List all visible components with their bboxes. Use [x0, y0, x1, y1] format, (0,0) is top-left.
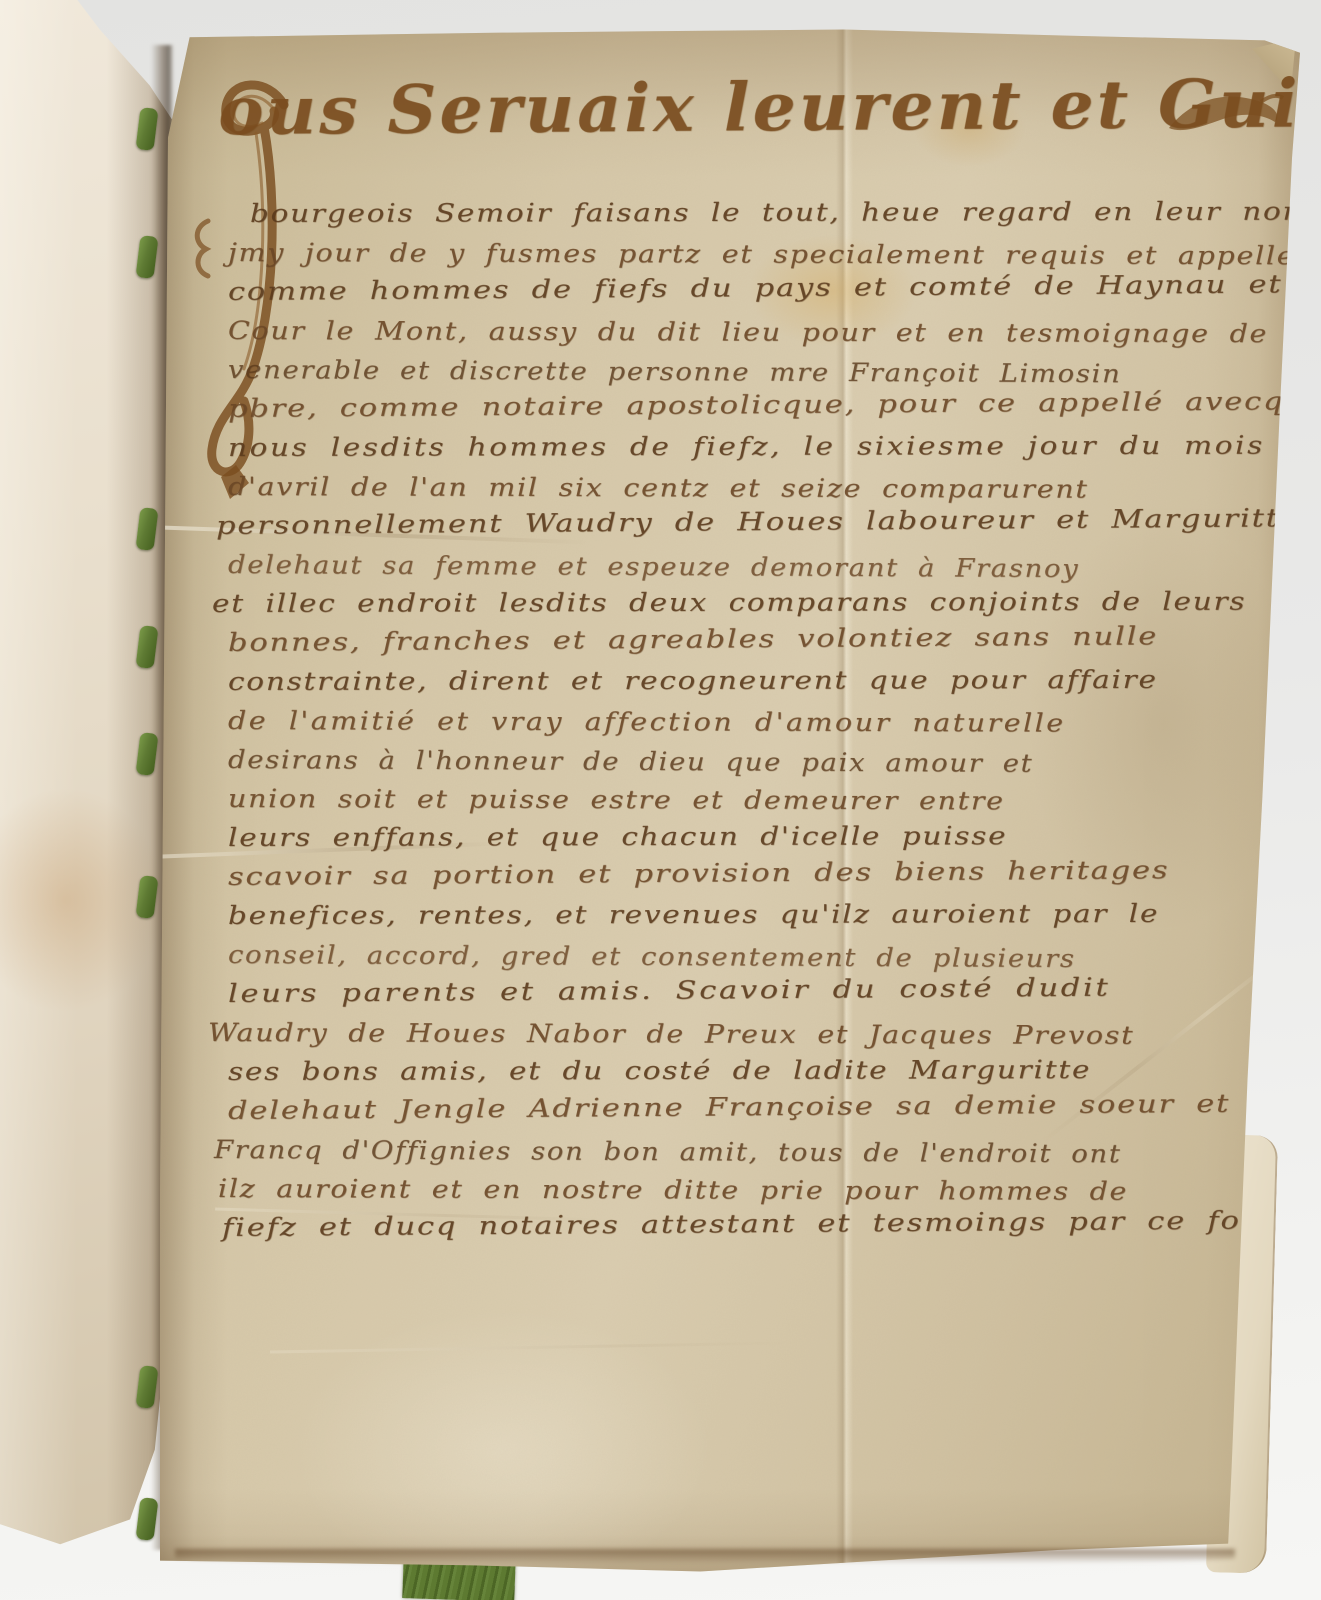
manuscript-line: constrainte, dirent et recogneurent que … [228, 659, 1321, 701]
manuscript-line: bourgeois Semoir faisans le tout, heue r… [250, 191, 1321, 233]
manuscript-line: fiefz et ducq notaires attestant et tesm… [222, 1199, 1321, 1247]
manuscript-line: personnellement Waudry de Houes laboureu… [216, 497, 1321, 545]
manuscript-line: scavoir sa portion et provision des bien… [228, 848, 1321, 896]
manuscript-line: bonnes, franches et agreables volontiez … [228, 614, 1321, 662]
heading-flourish [1165, 86, 1285, 146]
photo-background: { "photo": { "background_color": "#e9e9e… [0, 0, 1321, 1600]
verso-page [0, 0, 172, 1552]
manuscript-line: comme hommes de fiefs du pays et comté d… [228, 263, 1321, 311]
manuscript-line: de l'amitié et vray affection d'amour na… [228, 701, 1321, 744]
manuscript-line: leurs parents et amis. Scavoir du costé … [228, 965, 1321, 1013]
manuscript-line: nous lesdits hommes de fiefz, le sixiesm… [228, 425, 1321, 467]
manuscript-body: bourgeois Semoir faisans le tout, heue r… [228, 194, 1238, 1247]
heading-line: ous Seruaix leurent et Guillaē [218, 70, 1310, 144]
recto-page: ous Seruaix leurent et Guillaē bourgeois… [160, 28, 1300, 1573]
crease [270, 1341, 790, 1353]
manuscript-line: desirans à l'honneur de dieu que paix am… [228, 740, 1321, 784]
manuscript-line: pbre, comme notaire apostolicque, pour c… [228, 380, 1321, 428]
page-bottom-rim [175, 1549, 1235, 1564]
heading-text: ous Seruaix leurent et Guillaē [218, 63, 1321, 150]
manuscript-line: benefices, rentes, et revenues qu'ilz au… [228, 893, 1321, 935]
manuscript-line: delehaut Jengle Adrienne Françoise sa de… [228, 1082, 1321, 1130]
manuscript-line: Francq d'Offignies son bon amit, tous de… [214, 1130, 1321, 1174]
manuscript-line: Cour le Mont, aussy du dit lieu pour et … [228, 311, 1321, 354]
